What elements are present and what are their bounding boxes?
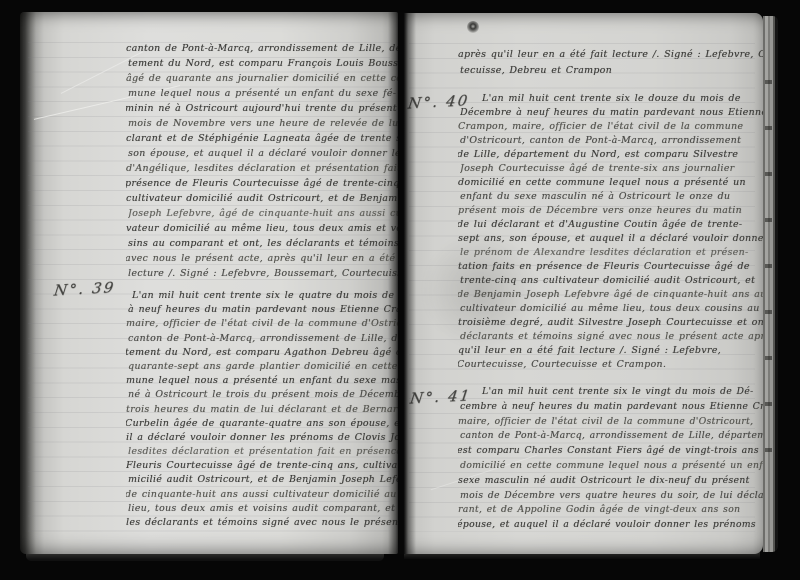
handwritten-line: sept ans, son épouse, et auquel il a déc…	[458, 232, 763, 246]
handwritten-line: est comparu Charles Constant Fiers âgé d…	[458, 444, 763, 459]
handwritten-line: son épouse, et auquel il a déclaré voulo…	[128, 146, 398, 161]
ink-spot	[467, 21, 479, 33]
handwritten-line: présent mois de Décembre vers onze heure…	[458, 204, 763, 218]
handwritten-line: lieu, tous deux amis et voisins audit co…	[128, 502, 398, 516]
handwritten-line: Curbelin âgée de quarante-quatre ans son…	[126, 417, 398, 431]
handwritten-line: enfant du sexe masculin né à Ostricourt …	[460, 190, 763, 204]
handwritten-line: d'Ostricourt, canton de Pont-à-Marcq, ar…	[460, 134, 763, 148]
handwritten-line: mune lequel nous a présenté un enfant du…	[128, 86, 398, 101]
left-page-text-block: canton de Pont-à-Marcq, arrondissement d…	[126, 41, 398, 543]
handwritten-line: tement du Nord, est comparu François Lou…	[128, 56, 398, 71]
handwritten-line: le prénom de Alexandre lesdites déclarat…	[460, 246, 763, 260]
handwritten-line: vateur domicilié au même lieu, tous deux…	[126, 221, 398, 236]
handwritten-line: Décembre à neuf heures du matin pardevan…	[460, 106, 763, 120]
handwritten-line: mois de Décembre vers quatre heures du s…	[460, 489, 763, 504]
handwritten-line: Joseph Courtecuisse âgé de trente-six an…	[460, 162, 763, 176]
handwritten-line: L'an mil huit cent trente six le douze d…	[458, 92, 763, 106]
handwritten-line: quarante-sept ans garde plantier domicil…	[128, 360, 398, 374]
handwritten-line: âgé de quarante ans journalier domicilié…	[126, 71, 398, 86]
handwritten-line: canton de Pont-à-Marcq, arrondissement d…	[128, 332, 398, 346]
right-page-text-block: après qu'il leur en a été fait lecture /…	[458, 47, 763, 547]
handwritten-line: à neuf heures du matin pardevant nous Et…	[128, 303, 398, 317]
handwritten-line: maire, officier de l'état civil de la co…	[458, 415, 763, 430]
scanned-register-spread: N°. 39 N°. 40 N°. 41 canton de Pont-à-Ma…	[0, 0, 800, 580]
handwritten-line: tation faits en présence de Fleuris Cour…	[458, 260, 763, 274]
handwritten-line: mune lequel nous a présenté un enfant du…	[126, 374, 398, 388]
entry-39-margin-number: N°. 39	[53, 278, 116, 299]
handwritten-line: déclarants et témoins signé avec nous le…	[460, 330, 763, 344]
handwritten-line: de cinquante-huit ans aussi cultivateur …	[126, 488, 398, 502]
handwritten-line: Crampon, maire, officier de l'état civil…	[458, 120, 763, 134]
handwritten-line: avec nous le présent acte, après qu'il l…	[126, 251, 398, 266]
handwritten-line: clarant et de Stéphigénie Lagneata âgée …	[126, 131, 398, 146]
handwritten-line: lesdites déclaration et présentation fai…	[128, 445, 398, 459]
handwritten-line: qu'il leur en a été fait lecture /. Sign…	[458, 344, 763, 358]
handwritten-line: d'Angélique, lesdites déclaration et pré…	[126, 161, 398, 176]
handwritten-line: L'an mil huit cent trente six le vingt d…	[458, 385, 763, 400]
handwritten-line: domicilié en cette commune lequel nous a…	[460, 459, 763, 474]
handwritten-line: les déclarants et témoins signé avec nou…	[126, 516, 398, 530]
handwritten-line: de Benjamin Joseph Lefebvre âgé de cinqu…	[458, 288, 763, 302]
handwritten-line: canton de Pont-à-Marcq, arrondissement d…	[126, 41, 398, 56]
handwritten-line: cultivateur domicilié audit Ostricourt, …	[126, 191, 398, 206]
page-stack-fore-edge	[763, 16, 778, 552]
handwritten-line: sexe masculin né audit Ostricourt le dix…	[458, 474, 763, 489]
entry-38-continuation-text: canton de Pont-à-Marcq, arrondissement d…	[126, 41, 398, 281]
handwritten-line: après qu'il leur en a été fait lecture /…	[458, 47, 763, 63]
entry-41-text: L'an mil huit cent trente six le vingt d…	[458, 385, 763, 533]
handwritten-line: tement du Nord, est comparu Agathon Debr…	[126, 346, 398, 360]
handwritten-line: mois de Novembre vers une heure de relev…	[128, 116, 398, 131]
handwritten-line: trois heures du matin de lui déclarant e…	[126, 403, 398, 417]
handwritten-line: L'an mil huit cent trente six le quatre …	[126, 289, 398, 303]
handwritten-line: domicilié en cette commune lequel nous a…	[458, 176, 763, 190]
handwritten-line: minin né à Ostricourt aujourd'hui trente…	[126, 101, 398, 116]
handwritten-line: né à Ostricourt le trois du présent mois…	[128, 388, 398, 402]
handwritten-line: Fleuris Courtecuisse âgé de trente-cinq …	[126, 459, 398, 473]
handwritten-line: micilié audit Ostricourt, et de Benjamin…	[128, 473, 398, 487]
book-gutter-shadow	[388, 12, 416, 554]
handwritten-line: cultivateur domicilié au même lieu, tous…	[460, 302, 763, 316]
entry-39-signature-carryover-text: après qu'il leur en a été fait lecture /…	[458, 47, 763, 78]
entry-40-text: L'an mil huit cent trente six le douze d…	[458, 92, 763, 372]
handwritten-line: tecuisse, Debreu et Crampon	[460, 63, 763, 79]
handwritten-line: trente-cinq ans cultivateur domicilié au…	[460, 274, 763, 288]
handwritten-line: maire, officier de l'état civil de la co…	[126, 317, 398, 331]
handwritten-line: épouse, et auquel il a déclaré vouloir d…	[458, 518, 763, 533]
handwritten-line: cembre à neuf heures du matin pardevant …	[460, 400, 763, 415]
handwritten-line: il a déclaré vouloir donner les prénoms …	[126, 431, 398, 445]
handwritten-line: de Lille, département du Nord, est compa…	[458, 148, 763, 162]
handwritten-line: Joseph Lefebvre, âgé de cinquante-huit a…	[128, 206, 398, 221]
handwritten-line: Courtecuisse, Courtecuisse et Crampon.	[458, 358, 763, 372]
handwritten-line: sins au comparant et ont, les déclarants…	[128, 236, 398, 251]
handwritten-line: rant, et de Appoline Godin âgée de vingt…	[458, 503, 763, 518]
handwritten-line: troisième degré, audit Silvestre Joseph …	[458, 316, 763, 330]
handwritten-line: présence de Fleuris Courtecuisse âgé de …	[126, 176, 398, 191]
entry-39-text: L'an mil huit cent trente six le quatre …	[126, 289, 398, 530]
handwritten-line: canton de Pont-à-Marcq, arrondissement d…	[460, 429, 763, 444]
handwritten-line: de lui déclarant et d'Augustine Coutin â…	[458, 218, 763, 232]
handwritten-line: lecture /. Signé : Lefebvre, Boussemart,…	[128, 266, 398, 281]
